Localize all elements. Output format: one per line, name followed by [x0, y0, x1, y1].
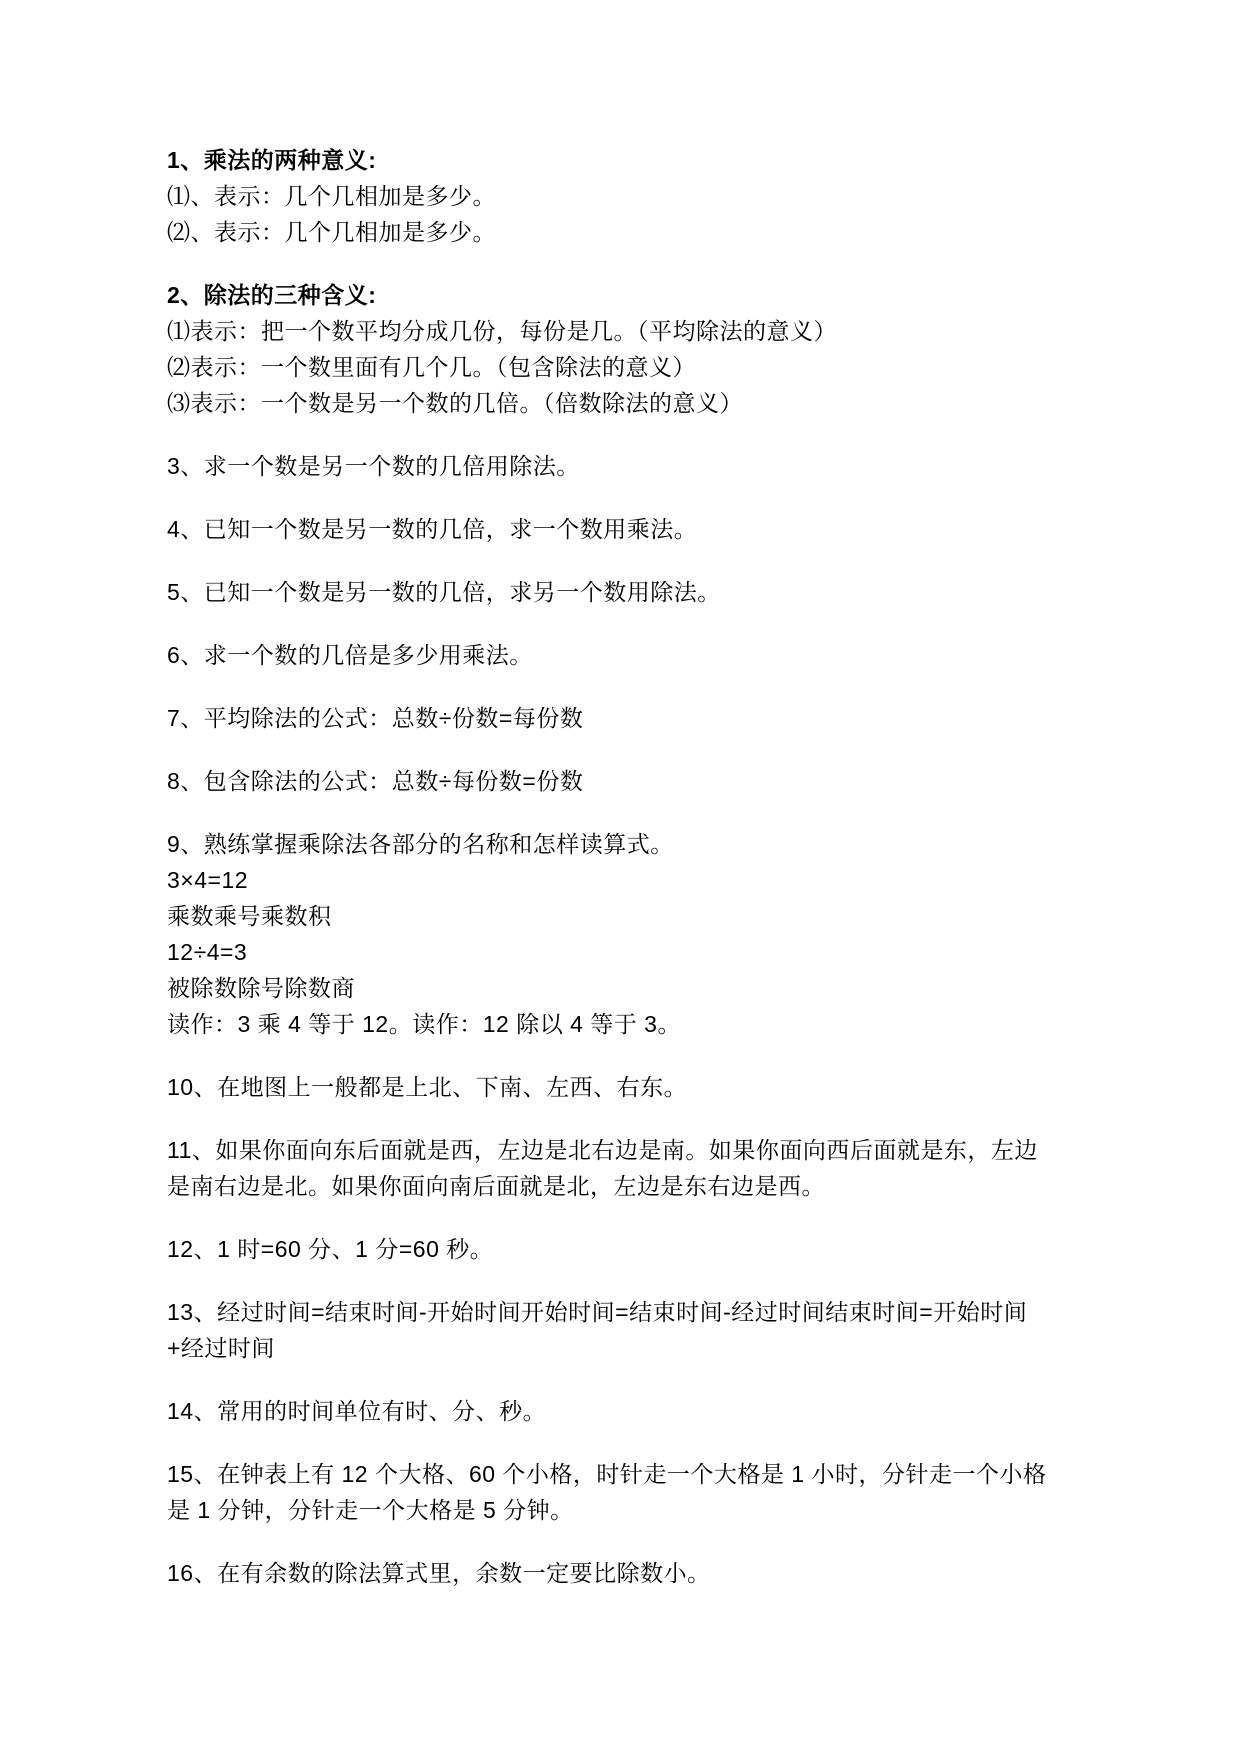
division-terms: 被除数除号除数商	[167, 970, 1091, 1006]
division-equation: 12÷4=3	[167, 934, 1091, 970]
note-line: 是 1 分钟，分针走一个大格是 5 分钟。	[167, 1492, 1091, 1528]
note-item-10: 10、在地图上一般都是上北、下南、左西、右东。	[167, 1069, 1091, 1105]
document-page: 1、乘法的两种意义: ⑴、表示：几个几相加是多少。 ⑵、表示：几个几相加是多少。…	[0, 0, 1241, 1754]
note-line: 7、平均除法的公式：总数÷份数=每份数	[167, 700, 1091, 736]
note-item-12: 12、1 时=60 分、1 分=60 秒。	[167, 1231, 1091, 1267]
note-line: 13、经过时间=结束时间-开始时间开始时间=结束时间-经过时间结束时间=开始时间	[167, 1294, 1091, 1330]
note-line: 是南右边是北。如果你面向南后面就是北，左边是东右边是西。	[167, 1168, 1091, 1204]
note-line: 9、熟练掌握乘除法各部分的名称和怎样读算式。	[167, 826, 1091, 862]
note-line: ⑴、表示：几个几相加是多少。	[167, 178, 1091, 214]
multiplication-equation: 3×4=12	[167, 862, 1091, 898]
note-item-15: 15、在钟表上有 12 个大格、60 个小格，时针走一个大格是 1 小时，分针走…	[167, 1456, 1091, 1528]
note-line: 16、在有余数的除法算式里，余数一定要比除数小。	[167, 1555, 1091, 1591]
note-item-1: 1、乘法的两种意义: ⑴、表示：几个几相加是多少。 ⑵、表示：几个几相加是多少。	[167, 142, 1091, 250]
note-item-7: 7、平均除法的公式：总数÷份数=每份数	[167, 700, 1091, 736]
reading-line: 读作：3 乘 4 等于 12。读作：12 除以 4 等于 3。	[167, 1006, 1091, 1042]
note-line: 14、常用的时间单位有时、分、秒。	[167, 1393, 1091, 1429]
note-line: 4、已知一个数是另一数的几倍，求一个数用乘法。	[167, 511, 1091, 547]
note-line: 15、在钟表上有 12 个大格、60 个小格，时针走一个大格是 1 小时，分针走…	[167, 1456, 1091, 1492]
note-heading: 2、除法的三种含义:	[167, 277, 1091, 313]
note-item-4: 4、已知一个数是另一数的几倍，求一个数用乘法。	[167, 511, 1091, 547]
note-item-13: 13、经过时间=结束时间-开始时间开始时间=结束时间-经过时间结束时间=开始时间…	[167, 1294, 1091, 1366]
note-line: 3、求一个数是另一个数的几倍用除法。	[167, 448, 1091, 484]
note-item-16: 16、在有余数的除法算式里，余数一定要比除数小。	[167, 1555, 1091, 1591]
note-line: ⑵表示：一个数里面有几个几。（包含除法的意义）	[167, 349, 1091, 385]
note-item-11: 11、如果你面向东后面就是西，左边是北右边是南。如果你面向西后面就是东，左边 是…	[167, 1132, 1091, 1204]
multiplication-terms: 乘数乘号乘数积	[167, 898, 1091, 934]
note-item-5: 5、已知一个数是另一数的几倍，求另一个数用除法。	[167, 574, 1091, 610]
note-item-3: 3、求一个数是另一个数的几倍用除法。	[167, 448, 1091, 484]
note-line: 6、求一个数的几倍是多少用乘法。	[167, 637, 1091, 673]
note-heading: 1、乘法的两种意义:	[167, 142, 1091, 178]
note-line: 12、1 时=60 分、1 分=60 秒。	[167, 1231, 1091, 1267]
note-line: 8、包含除法的公式：总数÷每份数=份数	[167, 763, 1091, 799]
note-line: 11、如果你面向东后面就是西，左边是北右边是南。如果你面向西后面就是东，左边	[167, 1132, 1091, 1168]
note-item-9: 9、熟练掌握乘除法各部分的名称和怎样读算式。 3×4=12 乘数乘号乘数积 12…	[167, 826, 1091, 1042]
note-item-8: 8、包含除法的公式：总数÷每份数=份数	[167, 763, 1091, 799]
note-line: 5、已知一个数是另一数的几倍，求另一个数用除法。	[167, 574, 1091, 610]
note-item-2: 2、除法的三种含义: ⑴表示：把一个数平均分成几份，每份是几。（平均除法的意义）…	[167, 277, 1091, 421]
note-line: ⑴表示：把一个数平均分成几份，每份是几。（平均除法的意义）	[167, 313, 1091, 349]
note-item-14: 14、常用的时间单位有时、分、秒。	[167, 1393, 1091, 1429]
note-line: 10、在地图上一般都是上北、下南、左西、右东。	[167, 1069, 1091, 1105]
note-line: +经过时间	[167, 1330, 1091, 1366]
note-line: ⑵、表示：几个几相加是多少。	[167, 214, 1091, 250]
note-line: ⑶表示：一个数是另一个数的几倍。（倍数除法的意义）	[167, 385, 1091, 421]
note-item-6: 6、求一个数的几倍是多少用乘法。	[167, 637, 1091, 673]
